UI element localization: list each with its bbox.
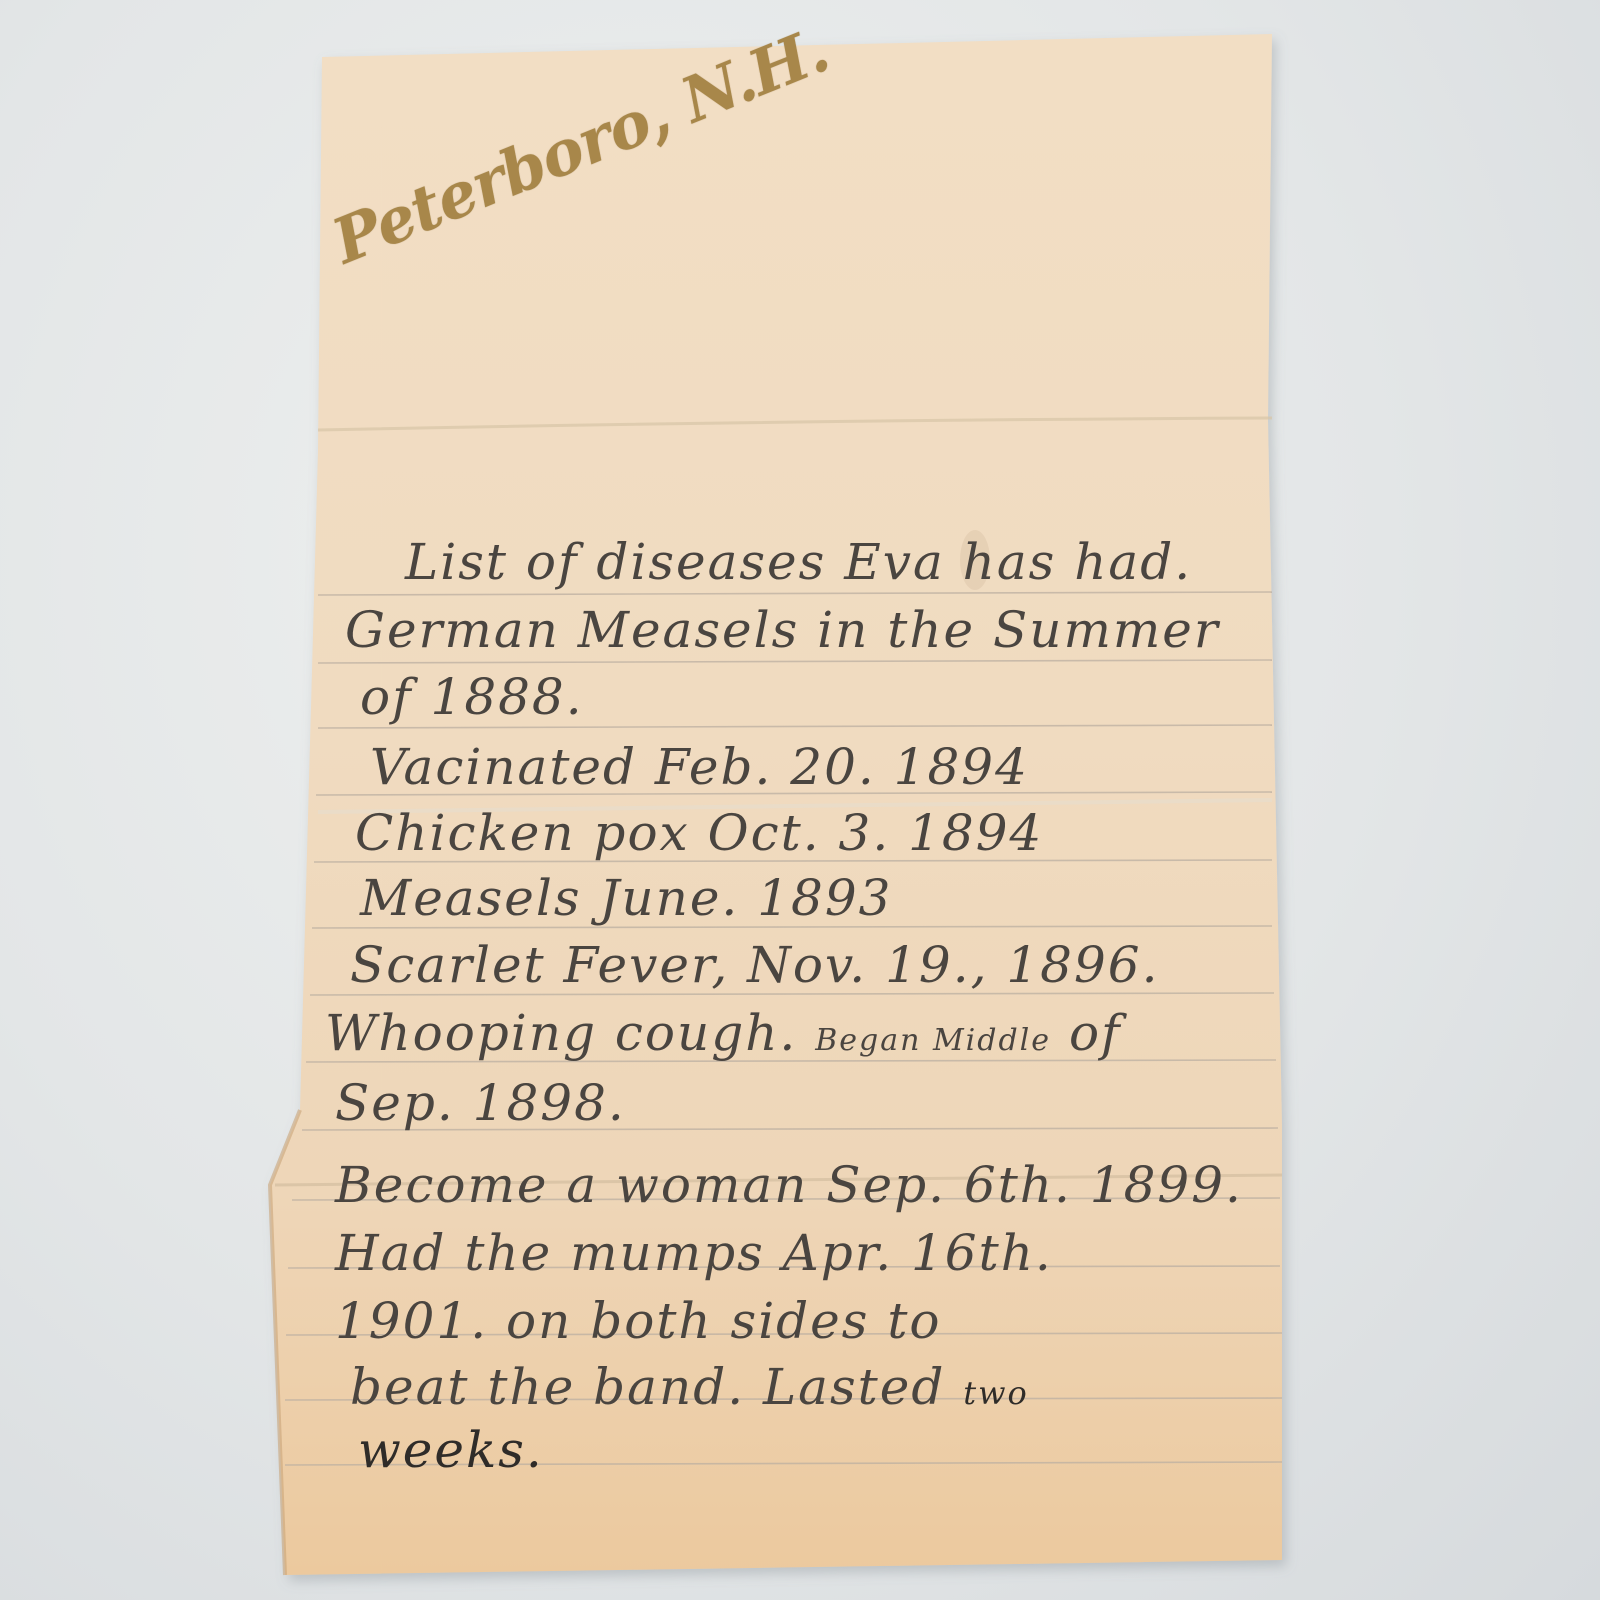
two-text: two <box>963 1374 1029 1412</box>
note-line-title: List of diseases Eva has had. <box>405 537 1192 587</box>
note-line-chicken-pox: Chicken pox Oct. 3. 1894 <box>355 808 1043 858</box>
of-text: of <box>1069 1004 1122 1062</box>
note-line-become-woman: Become a woman Sep. 6th. 1899. <box>335 1160 1243 1210</box>
note-line-scarlet-fever: Scarlet Fever, Nov. 19., 1896. <box>350 940 1160 990</box>
began-middle-text: Began Middle <box>815 1023 1051 1058</box>
note-line-whooping-cough: Whooping cough. Began Middle of <box>325 1008 1122 1058</box>
note-line-2: German Measels in the Summer <box>345 605 1220 655</box>
note-line-1901: 1901. on both sides to <box>335 1296 942 1346</box>
note-line-mumps: Had the mumps Apr. 16th. <box>335 1228 1053 1278</box>
note-line-weeks: weeks. <box>358 1425 544 1475</box>
note-line-vaccinated: Vacinated Feb. 20. 1894 <box>370 742 1029 792</box>
note-line-3: of 1888. <box>360 672 584 722</box>
note-line-sep-1898: Sep. 1898. <box>335 1078 626 1128</box>
note-line-beat-the-band: beat the band. Lasted two <box>350 1362 1029 1412</box>
whooping-cough-text: Whooping cough. <box>325 1004 797 1062</box>
beat-the-band-text: beat the band. Lasted <box>350 1358 945 1416</box>
letter-paper: Peterboro, N.H. List of diseases Eva has… <box>0 0 1600 1600</box>
note-line-measels: Measels June. 1893 <box>360 873 892 923</box>
